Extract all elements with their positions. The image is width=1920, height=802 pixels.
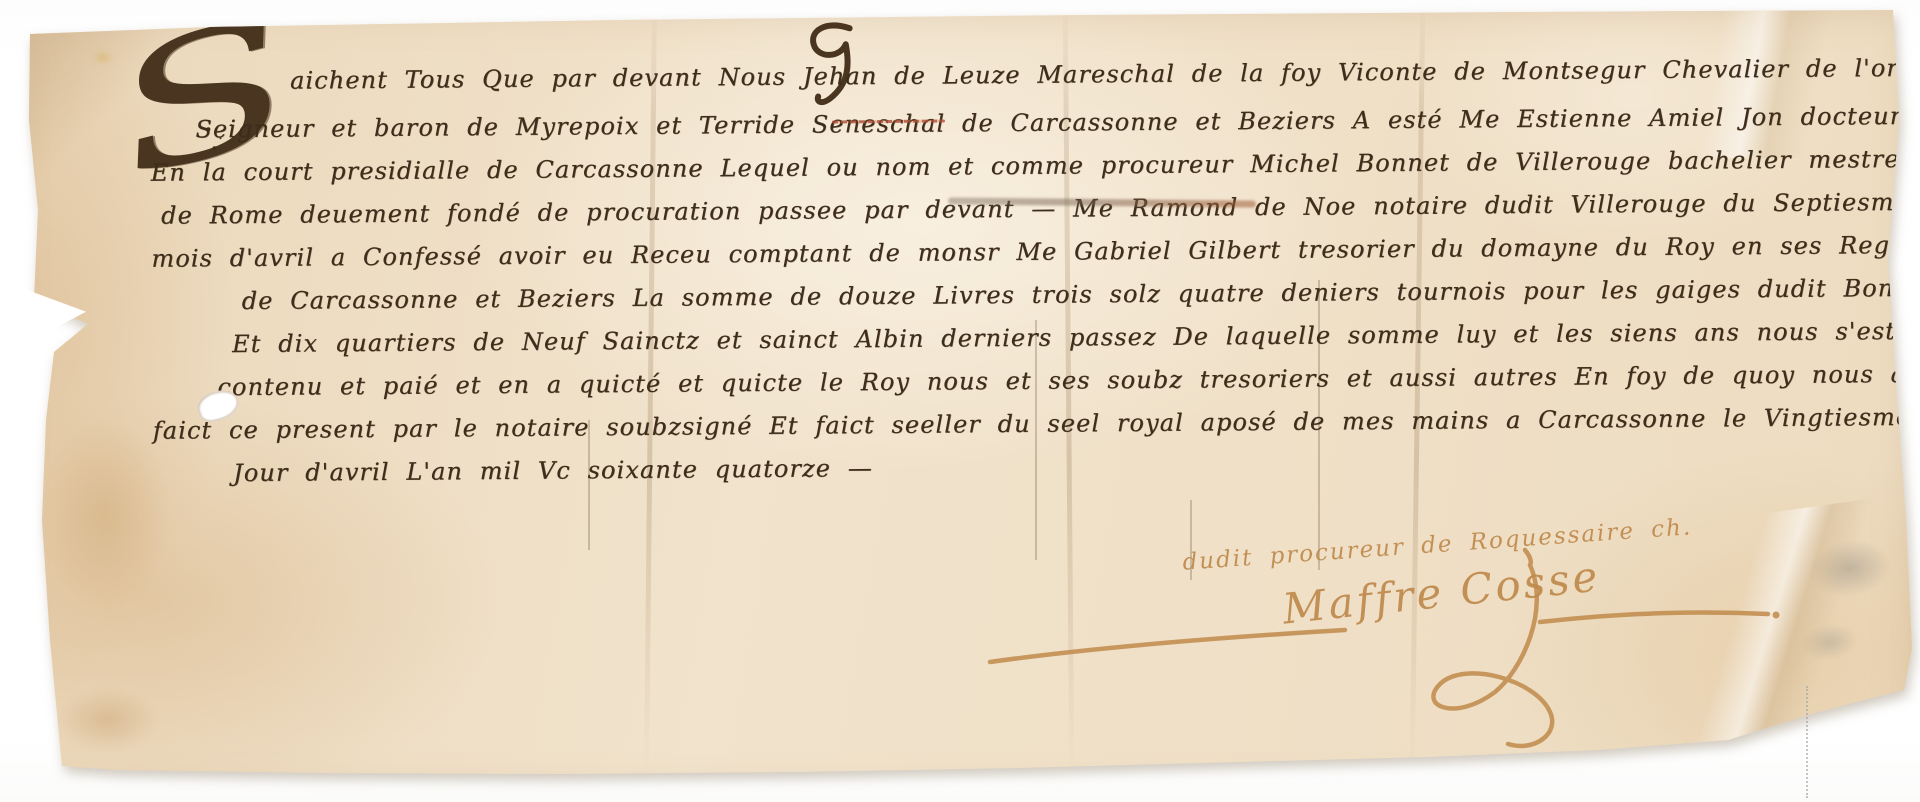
text-line: Jour d'avril L'an mil Vc soixante quator… — [233, 454, 873, 487]
text-line: contenu et paié et en a quicté et quicte… — [217, 359, 1920, 402]
scanner-dotted-line — [1806, 686, 1808, 798]
text-line: Et dix quartiers de Neuf Sainctz et sain… — [232, 315, 1920, 358]
parchment: S aichent Tous Que par devant Nous Jehan… — [0, 0, 1920, 802]
text-line: aichent Tous Que par devant Nous Jehan d… — [290, 52, 1920, 94]
text-line: de Rome deuement fondé de procuration pa… — [161, 187, 1920, 230]
parchment-shadow-wrap: S aichent Tous Que par devant Nous Jehan… — [0, 0, 1920, 802]
scanned-manuscript-page: S aichent Tous Que par devant Nous Jehan… — [0, 0, 1920, 802]
text-line: faict ce present par le notaire soubzsig… — [153, 403, 1912, 445]
signature-flourish-icon — [950, 520, 1830, 790]
text-line: de Carcassonne et Beziers La somme de do… — [242, 274, 1920, 315]
text-line: En la court presidialle de Carcassonne L… — [151, 142, 1920, 186]
text-line: mois d'avril a Confessé avoir eu Receu c… — [151, 231, 1920, 273]
text-line: Seigneur et baron de Myrepoix et Terride… — [195, 100, 1920, 143]
